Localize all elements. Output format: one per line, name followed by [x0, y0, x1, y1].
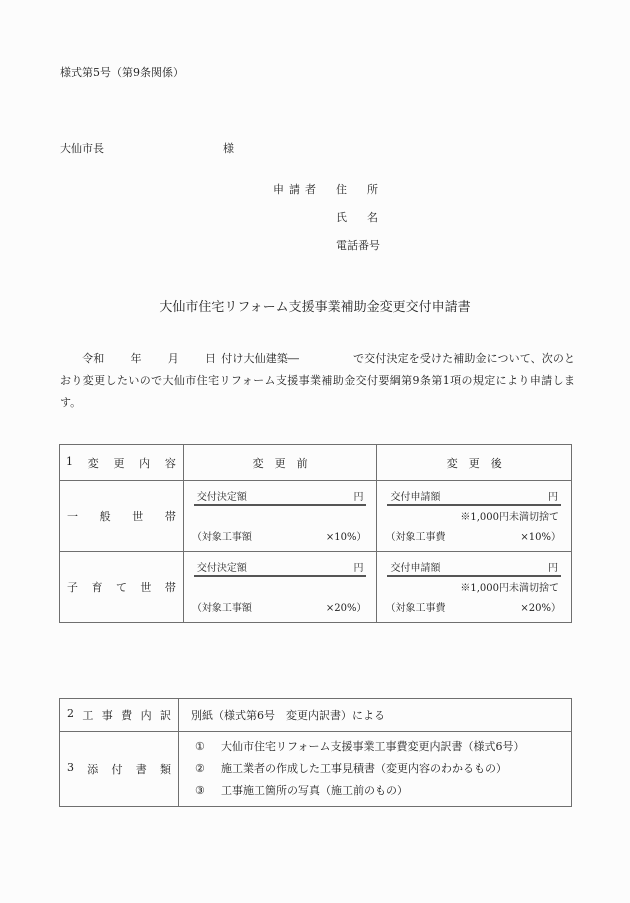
rounding-note: ※1,000円未満切捨て: [460, 508, 559, 523]
addressee-honorific: 様: [223, 140, 234, 156]
notice-prefix: 付け大仙建築―: [221, 352, 299, 365]
category-char: 帯: [165, 579, 176, 595]
header-char: 容: [165, 455, 176, 471]
header-char: 更: [113, 455, 124, 471]
category-char: 般: [100, 508, 111, 524]
category-char: て: [116, 579, 127, 595]
item-text: 工事施工箇所の写真（施工前のもの）: [221, 780, 408, 802]
rate-label: ×20%）: [326, 599, 367, 614]
amount-label: 交付申請額: [390, 491, 440, 504]
yen-unit: 円: [353, 491, 363, 504]
label-char: 書: [136, 761, 147, 777]
amount-label: 交付申請額: [390, 562, 440, 575]
body-paragraph: 令和年月日付け大仙建築―で交付決定を受けた補助金について、次のとおり変更したいの…: [60, 348, 575, 414]
attachments-list: ① 大仙市住宅リフォーム支援事業工事費変更内訳書（様式6号） ② 施工業者の作成…: [179, 732, 572, 807]
header-char: 内: [139, 455, 150, 471]
table-row-attachments: 3 添 付 書 類 ① 大仙市住宅リフォーム支援事業工事費変更内訳書（様式6号）…: [60, 732, 572, 807]
target-cost-field[interactable]: （対象工事費 ×10%）: [385, 528, 561, 543]
addressee-name: 大仙市長: [60, 140, 104, 156]
amount-label: 交付決定額: [197, 562, 247, 575]
before-general-cell[interactable]: 交付決定額 円 （対象工事額 ×10%）: [183, 481, 377, 552]
year-label: 年: [130, 352, 141, 365]
applicant-label: 申請者: [273, 181, 321, 197]
target-cost-field[interactable]: （対象工事額 ×10%）: [192, 528, 367, 543]
item-text: 大仙市住宅リフォーム支援事業工事費変更内訳書（様式6号）: [221, 736, 524, 758]
table-row-childrearing-household: 子 育 て 世 帯 交付決定額 円 （対象工事額 ×20%）: [60, 552, 572, 623]
label-char: 添: [87, 761, 98, 777]
category-general-household: 一 般 世 帯: [60, 481, 184, 552]
category-char: 一: [67, 508, 78, 524]
basis-label: （対象工事費: [385, 599, 445, 614]
grant-requested-amount-field[interactable]: 交付申請額 円: [387, 491, 561, 506]
label-char: 内: [141, 707, 152, 723]
item-number: ③: [195, 780, 221, 802]
rate-label: ×10%）: [520, 528, 561, 543]
label-char: 工: [82, 707, 93, 723]
label-char: 付: [112, 761, 123, 777]
rate-label: ×20%）: [520, 599, 561, 614]
category-childrearing-household: 子 育 て 世 帯: [60, 552, 184, 623]
category-char: 世: [140, 579, 151, 595]
before-childrearing-cell[interactable]: 交付決定額 円 （対象工事額 ×20%）: [183, 552, 377, 623]
section-number: 1: [66, 455, 73, 471]
cost-breakdown-label: 2 工 事 費 内 訳: [60, 699, 179, 732]
table-row-general-household: 一 般 世 帯 交付決定額 円 （対象工事額 ×10%） 交付申請: [60, 481, 572, 552]
rounding-note: ※1,000円未満切捨て: [460, 579, 559, 594]
after-general-cell[interactable]: 交付申請額 円 ※1,000円未満切捨て （対象工事費 ×10%）: [377, 481, 572, 552]
rate-label: ×10%）: [326, 528, 367, 543]
grant-requested-amount-field[interactable]: 交付申請額 円: [387, 562, 561, 577]
applicant-phone-field[interactable]: 電話番号: [336, 237, 380, 253]
section-number: 2: [67, 707, 74, 723]
basis-label: （対象工事費: [385, 528, 445, 543]
basis-label: （対象工事額: [192, 528, 252, 543]
amount-label: 交付決定額: [197, 491, 247, 504]
list-item: ③ 工事施工箇所の写真（施工前のもの）: [195, 780, 571, 802]
era-label: 令和: [82, 352, 104, 365]
day-label: 日: [205, 352, 216, 365]
category-char: 育: [91, 579, 102, 595]
label-char: 訳: [160, 707, 171, 723]
list-item: ① 大仙市住宅リフォーム支援事業工事費変更内訳書（様式6号）: [195, 736, 571, 758]
cost-and-attachments-table: 2 工 事 費 内 訳 別紙（様式第6号 変更内訳書）による 3 添 付 書 類…: [59, 698, 572, 807]
target-cost-field[interactable]: （対象工事額 ×20%）: [192, 599, 367, 614]
attachments-label: 3 添 付 書 類: [60, 732, 179, 807]
category-char: 世: [132, 508, 143, 524]
month-label: 月: [168, 352, 179, 365]
label-char: 事: [102, 707, 113, 723]
applicant-name-field[interactable]: 氏名: [336, 209, 398, 225]
grant-decided-amount-field[interactable]: 交付決定額 円: [194, 491, 367, 506]
section-number: 3: [67, 761, 74, 777]
basis-label: （対象工事額: [192, 599, 252, 614]
form-number: 様式第5号（第9条関係）: [60, 64, 184, 80]
table-row-cost-breakdown: 2 工 事 費 内 訳 別紙（様式第6号 変更内訳書）による: [60, 699, 572, 732]
header-after: 変 更 後: [377, 445, 572, 481]
change-details-table: 1 変 更 内 容 変 更 前 変 更 後 一 般 世 帯 交付決定額 円: [59, 444, 572, 623]
label-char: 費: [121, 707, 132, 723]
category-char: 子: [67, 579, 78, 595]
item-number: ②: [195, 758, 221, 780]
after-childrearing-cell[interactable]: 交付申請額 円 ※1,000円未満切捨て （対象工事費 ×20%）: [377, 552, 572, 623]
item-text: 施工業者の作成した工事見積書（変更内容のわかるもの）: [221, 758, 507, 780]
header-before: 変 更 前: [183, 445, 377, 481]
target-cost-field[interactable]: （対象工事費 ×20%）: [385, 599, 561, 614]
item-number: ①: [195, 736, 221, 758]
yen-unit: 円: [353, 562, 363, 575]
list-item: ② 施工業者の作成した工事見積書（変更内容のわかるもの）: [195, 758, 571, 780]
cost-breakdown-value: 別紙（様式第6号 変更内訳書）による: [179, 699, 572, 732]
document-title: 大仙市住宅リフォーム支援事業補助金変更交付申請書: [0, 296, 630, 315]
label-char: 類: [160, 761, 171, 777]
category-char: 帯: [165, 508, 176, 524]
header-change-content: 1 変 更 内 容: [60, 445, 184, 481]
yen-unit: 円: [548, 491, 558, 504]
grant-decided-amount-field[interactable]: 交付決定額 円: [194, 562, 367, 577]
applicant-address-field[interactable]: 住所: [336, 181, 398, 197]
header-char: 変: [88, 455, 99, 471]
yen-unit: 円: [548, 562, 558, 575]
